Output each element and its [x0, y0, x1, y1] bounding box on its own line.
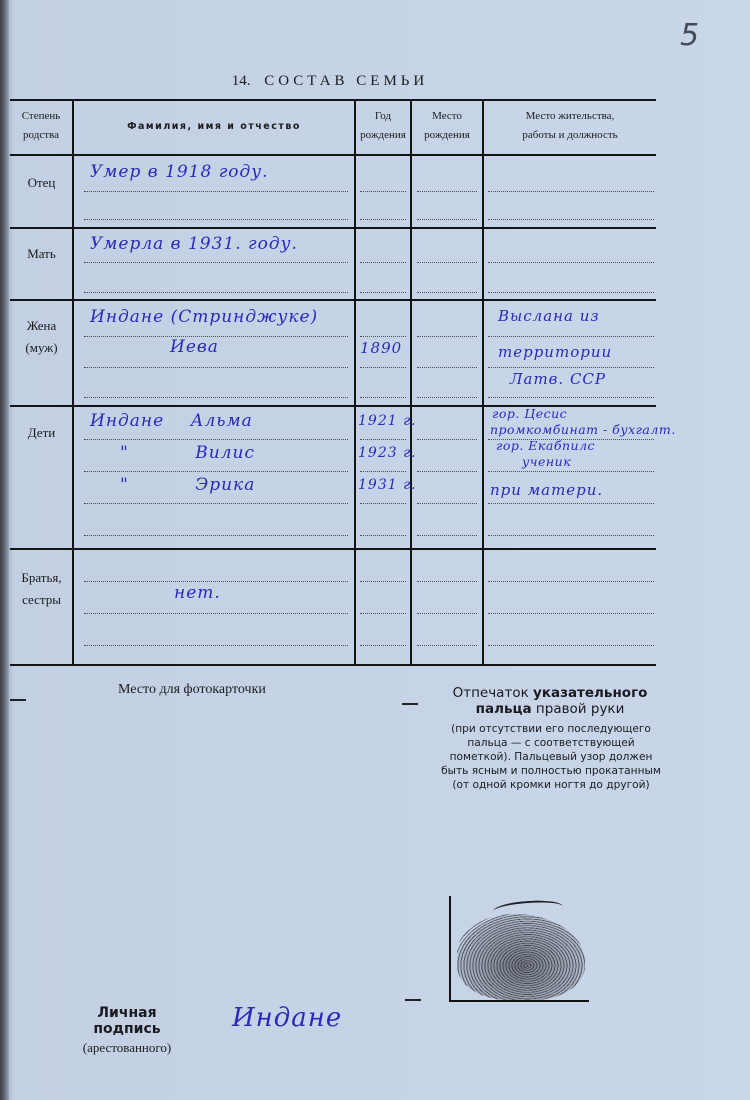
- children-residence-line5: при матери.: [490, 481, 603, 499]
- dotted-line: [488, 503, 654, 504]
- signature-label-main: Личная подпись: [66, 1005, 188, 1037]
- fingerprint-instructions: (при отсутствии его последующего пальца …: [440, 722, 662, 792]
- children-residence-line4: ученик: [522, 454, 571, 469]
- dotted-line: [488, 397, 654, 398]
- dotted-line: [417, 262, 477, 263]
- signature-value: Индане: [232, 1003, 342, 1033]
- dotted-line: [417, 535, 477, 536]
- row-label-siblings: Братья, сестры: [10, 567, 73, 611]
- table-top-border: [10, 99, 656, 101]
- header-residence-line2: работы и должность: [484, 126, 656, 145]
- siblings-name-entry: нет.: [174, 583, 221, 603]
- header-name: Фамилия, имя и отчество: [74, 117, 354, 136]
- table-bottom-border: [10, 664, 656, 666]
- fingerprint-box-left-border: [449, 896, 451, 1002]
- child-3-name-entry: " Эрика: [120, 475, 255, 495]
- dotted-line: [417, 503, 477, 504]
- dotted-line: [84, 367, 348, 368]
- child-1-name-entry: Индане Альма: [90, 411, 253, 431]
- dotted-line: [488, 262, 654, 263]
- dotted-line: [488, 535, 654, 536]
- dotted-line: [84, 581, 348, 582]
- fingerprint-impression: [457, 914, 585, 1000]
- dotted-line: [360, 191, 406, 192]
- dotted-line: [84, 439, 348, 440]
- spouse-residence-line3: Латв. ССР: [510, 370, 606, 388]
- header-birth-place-line1: Место: [412, 107, 482, 126]
- dotted-line: [488, 645, 654, 646]
- dotted-line: [417, 336, 477, 337]
- row-border: [10, 548, 656, 550]
- dotted-line: [417, 645, 477, 646]
- dotted-line: [417, 439, 477, 440]
- fingerprint-title: Отпечаток указательного пальца правой ру…: [440, 685, 660, 717]
- fingerprint-title-bold: указательного: [533, 685, 647, 701]
- dotted-line: [84, 503, 348, 504]
- row-label-father: Отец: [10, 172, 73, 194]
- header-bottom-border: [10, 154, 656, 156]
- dotted-line: [417, 292, 477, 293]
- children-residence-line3: гор. Екабпилс: [496, 438, 595, 453]
- spouse-residence-line2: территории: [498, 343, 612, 361]
- header-residence: Место жительства, работы и должность: [484, 107, 656, 145]
- row-label-spouse: Жена (муж): [10, 315, 73, 359]
- row-label-mother: Мать: [10, 243, 73, 265]
- dotted-line: [84, 471, 348, 472]
- dotted-line: [488, 219, 654, 220]
- fingerprint-box: [449, 896, 589, 1002]
- photo-placeholder-label: Место для фотокарточки: [118, 682, 266, 698]
- dotted-line: [360, 292, 406, 293]
- header-degree-line2: родства: [10, 126, 72, 145]
- dotted-line: [360, 535, 406, 536]
- dotted-line: [360, 581, 406, 582]
- header-birth-place: Место рождения: [412, 107, 482, 145]
- dotted-line: [360, 336, 406, 337]
- dotted-line: [360, 397, 406, 398]
- column-border: [354, 99, 356, 666]
- dotted-line: [417, 191, 477, 192]
- dotted-line: [417, 613, 477, 614]
- signature-label: Личная подпись (арестованного): [66, 1005, 188, 1056]
- header-birth-year-line2: рождения: [356, 126, 410, 145]
- dotted-line: [417, 581, 477, 582]
- fingerprint-title-normal: Отпечаток: [453, 685, 529, 701]
- section-title: 14. СОСТАВ СЕМЬИ: [0, 73, 660, 90]
- row-label-siblings-line2: сестры: [10, 589, 73, 611]
- dotted-line: [360, 262, 406, 263]
- row-border: [10, 299, 656, 301]
- spouse-birth-year-entry: 1890: [360, 339, 402, 357]
- dotted-line: [488, 471, 654, 472]
- dotted-line: [488, 613, 654, 614]
- dotted-line: [84, 613, 348, 614]
- fingerprint-title-line2-normal: правой руки: [536, 701, 624, 717]
- row-label-spouse-line2: (муж): [10, 337, 73, 359]
- row-label-children: Дети: [10, 422, 73, 444]
- photo-area-corner-mark: [405, 999, 421, 1001]
- family-table: Степень родства Фамилия, имя и отчество …: [10, 99, 656, 666]
- dotted-line: [84, 535, 348, 536]
- column-border: [482, 99, 484, 666]
- dotted-line: [488, 292, 654, 293]
- spouse-surname-entry: Индане (Стринджуке): [90, 307, 318, 327]
- dotted-line: [488, 336, 654, 337]
- dotted-line: [84, 262, 348, 263]
- dotted-line: [360, 471, 406, 472]
- dotted-line: [488, 367, 654, 368]
- dotted-line: [360, 613, 406, 614]
- dotted-line: [417, 397, 477, 398]
- dotted-line: [84, 219, 348, 220]
- signature-label-sub: (арестованного): [66, 1040, 188, 1056]
- header-birth-year-line1: Год: [356, 107, 410, 126]
- page-binding-edge: [0, 0, 9, 1100]
- child-2-name-entry: " Вилис: [120, 443, 255, 463]
- header-residence-line1: Место жительства,: [484, 107, 656, 126]
- dotted-line: [417, 219, 477, 220]
- dotted-line: [488, 191, 654, 192]
- section-title-text: СОСТАВ СЕМЬИ: [264, 73, 428, 89]
- father-name-entry: Умер в 1918 году.: [90, 162, 269, 182]
- dotted-line: [360, 503, 406, 504]
- header-birth-year: Год рождения: [356, 107, 410, 145]
- spouse-residence-line1: Выслана из: [498, 307, 600, 325]
- dotted-line: [84, 645, 348, 646]
- margin-dash: [10, 699, 26, 701]
- dotted-line: [417, 471, 477, 472]
- children-residence-line1: гор. Цесис: [492, 406, 567, 421]
- fingerprint-box-bottom-border: [449, 1000, 589, 1002]
- section-number: 14.: [232, 73, 251, 89]
- header-birth-place-line2: рождения: [412, 126, 482, 145]
- fingerprint-title-line2-bold: пальца: [476, 701, 532, 717]
- photo-area-corner-mark: [402, 703, 418, 705]
- dotted-line: [360, 367, 406, 368]
- header-degree-line1: Степень: [10, 107, 72, 126]
- row-label-siblings-line1: Братья,: [10, 567, 73, 589]
- child-3-birth-year-entry: 1931 г.: [358, 477, 417, 493]
- header-degree: Степень родства: [10, 107, 72, 145]
- children-residence-line2: промкомбинат - бухгалт.: [490, 422, 676, 437]
- dotted-line: [488, 581, 654, 582]
- dotted-line: [84, 292, 348, 293]
- page-number: 5: [680, 18, 699, 53]
- column-border: [410, 99, 412, 666]
- dotted-line: [84, 191, 348, 192]
- dotted-line: [360, 219, 406, 220]
- child-2-birth-year-entry: 1923 г.: [358, 445, 417, 461]
- dotted-line: [84, 397, 348, 398]
- dotted-line: [360, 439, 406, 440]
- spouse-firstname-entry: Иева: [170, 337, 219, 357]
- row-border: [10, 227, 656, 229]
- child-1-birth-year-entry: 1921 г.: [358, 413, 417, 429]
- dotted-line: [360, 645, 406, 646]
- row-label-spouse-line1: Жена: [10, 315, 73, 337]
- dotted-line: [417, 367, 477, 368]
- mother-name-entry: Умерла в 1931. году.: [90, 234, 298, 254]
